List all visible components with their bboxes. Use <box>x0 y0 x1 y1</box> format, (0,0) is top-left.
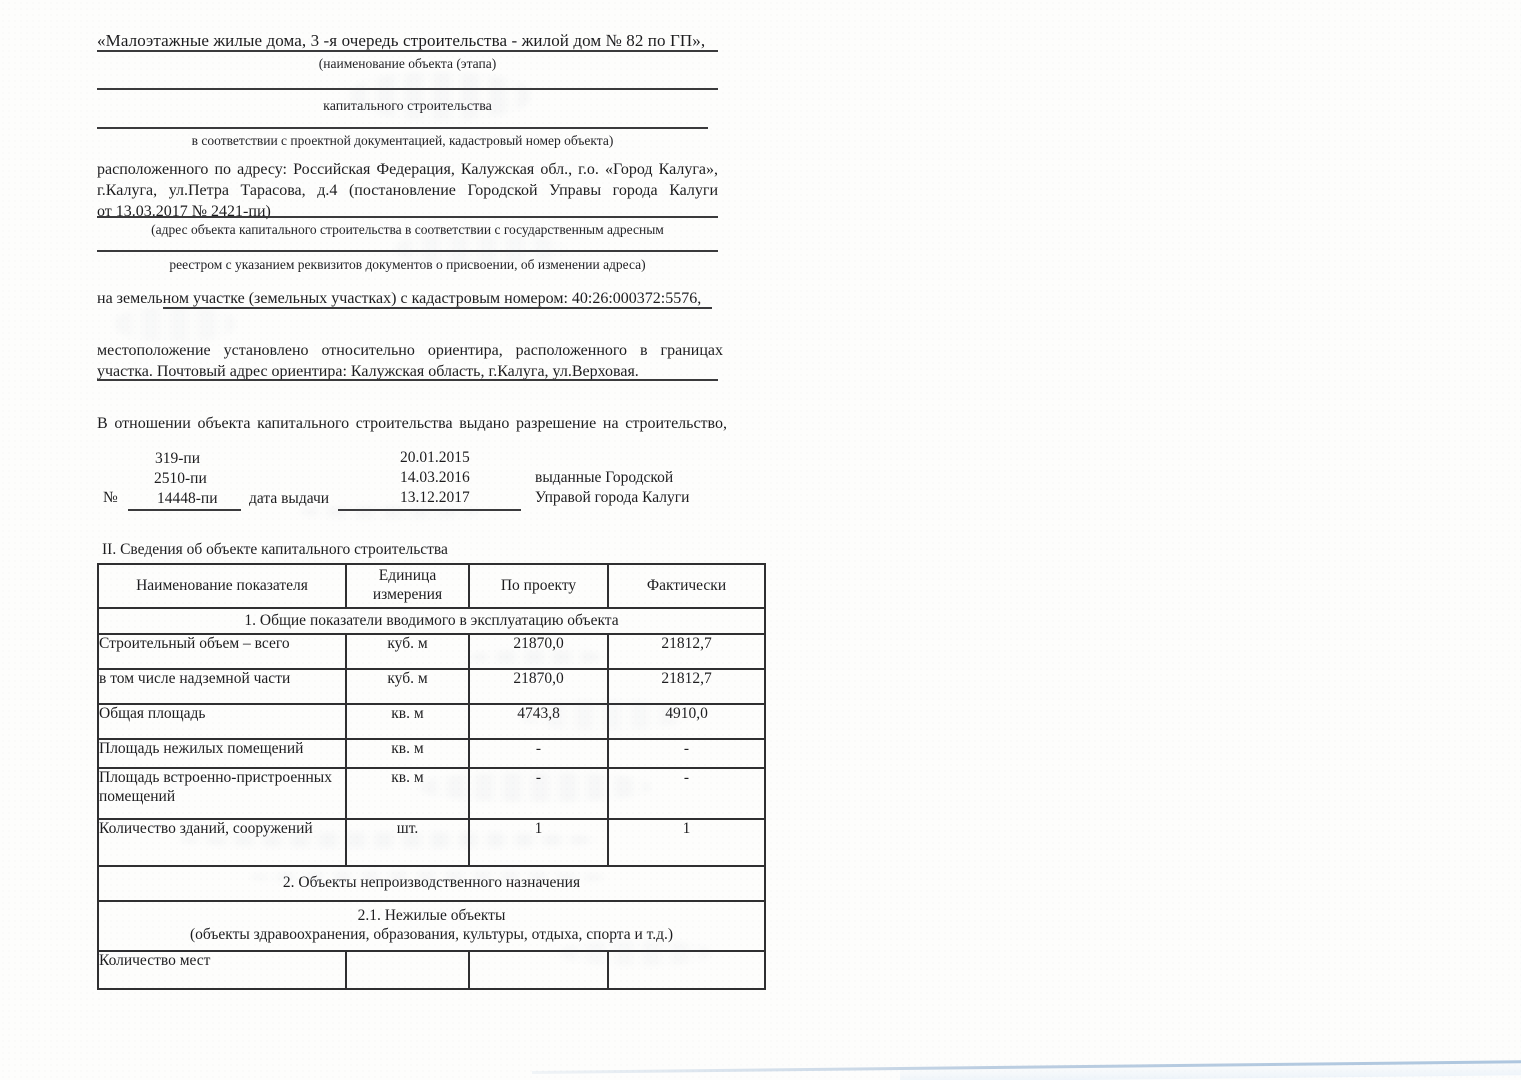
table-header-row: Наименование показателя Единица измерени… <box>98 564 765 608</box>
permit-date-label: дата выдачи <box>249 490 329 508</box>
row-unit: куб. м <box>346 669 469 704</box>
row-project-value: - <box>469 768 608 819</box>
table-row: Количество мест <box>98 951 765 989</box>
caption-capital-construction: капитального строительства <box>97 99 718 115</box>
row-project-value: 21870,0 <box>469 669 608 704</box>
row-name: Площадь нежилых помещений <box>98 739 346 768</box>
section-1-row: 1. Общие показатели вводимого в эксплуат… <box>98 608 765 634</box>
row-unit: шт. <box>346 819 469 866</box>
underline-address <box>97 216 718 218</box>
section-ii-title: II. Сведения об объекте капитального стр… <box>102 541 448 559</box>
table-row: Общая площадь кв. м 4743,8 4910,0 <box>98 704 765 739</box>
permit-number-3: 14448-пи <box>157 490 218 508</box>
header-unit: Единица измерения <box>346 564 469 608</box>
underline-location <box>97 379 718 381</box>
table-row: Площадь встроенно-пристроенных помещений… <box>98 768 765 819</box>
blank-line-rule-2 <box>97 127 708 129</box>
row-name: Количество мест <box>98 951 346 989</box>
table-row: Площадь нежилых помещений кв. м - - <box>98 739 765 768</box>
row-actual-value <box>608 951 765 989</box>
document-content-column: «Малоэтажные жилые дома, 3 -я очередь ст… <box>97 0 777 1080</box>
permit-intro-line: В отношении объекта капитального строите… <box>97 413 727 434</box>
address-line-3: от 13.03.2017 № 2421-пи) <box>97 201 718 222</box>
address-line-1: расположенного по адресу: Российская Фед… <box>97 159 718 180</box>
section-2-1-line-1: 2.1. Нежилые объекты <box>99 907 764 926</box>
underline-permit-date <box>338 509 521 511</box>
permit-number-2: 2510-пи <box>154 470 207 488</box>
caption-object-name: (наименование объекта (этапа) <box>97 56 718 72</box>
row-project-value: 21870,0 <box>469 634 608 669</box>
row-name: Площадь встроенно-пристроенных помещений <box>98 768 346 819</box>
row-actual-value: 21812,7 <box>608 634 765 669</box>
caption-address-registry-2: реестром с указанием реквизитов документ… <box>97 257 718 273</box>
underline-land-plot <box>163 307 712 309</box>
row-unit <box>346 951 469 989</box>
table-row: Количество зданий, сооружений шт. 1 1 <box>98 819 765 866</box>
row-actual-value: - <box>608 768 765 819</box>
row-project-value <box>469 951 608 989</box>
permit-no-sign: № <box>103 489 118 507</box>
row-actual-value: 21812,7 <box>608 669 765 704</box>
table-row: Строительный объем – всего куб. м 21870,… <box>98 634 765 669</box>
underline-permit-number <box>128 509 241 511</box>
section-2-1-line-2: (объекты здравоохранения, образования, к… <box>99 926 764 945</box>
header-actual: Фактически <box>608 564 765 608</box>
header-indicator-name: Наименование показателя <box>98 564 346 608</box>
location-line-1: местоположение установлено относительно … <box>97 340 723 361</box>
table-row: в том числе надземной части куб. м 21870… <box>98 669 765 704</box>
row-name: Количество зданий, сооружений <box>98 819 346 866</box>
section-2-row: 2. Объекты непроизводственного назначени… <box>98 866 765 901</box>
row-project-value: 1 <box>469 819 608 866</box>
row-project-value: 4743,8 <box>469 704 608 739</box>
row-unit: кв. м <box>346 739 469 768</box>
permit-date-2: 14.03.2016 <box>400 469 470 487</box>
permit-date-3: 13.12.2017 <box>400 489 470 507</box>
land-plot-line: на земельном участке (земельных участках… <box>97 288 757 309</box>
row-name: Общая площадь <box>98 704 346 739</box>
blank-line-rule-1 <box>97 88 718 90</box>
permit-issued-by-2: Управой города Калуги <box>535 489 689 507</box>
row-actual-value: - <box>608 739 765 768</box>
indicators-table: Наименование показателя Единица измерени… <box>97 563 766 990</box>
section-1-title: 1. Общие показатели вводимого в эксплуат… <box>98 608 765 634</box>
row-name: Строительный объем – всего <box>98 634 346 669</box>
indicators-table-wrapper: Наименование показателя Единица измерени… <box>97 563 766 990</box>
underline-object-name <box>97 50 718 52</box>
row-actual-value: 1 <box>608 819 765 866</box>
scanned-document-page: «Малоэтажные жилые дома, 3 -я очередь ст… <box>0 0 1521 1080</box>
caption-address-registry-1: (адрес объекта капитального строительств… <box>97 222 718 238</box>
caption-according-docs: в соответствии с проектной документацией… <box>97 133 708 149</box>
permit-date-1: 20.01.2015 <box>400 449 470 467</box>
address-line-2: г.Калуга, ул.Петра Тарасова, д.4 (постан… <box>97 180 718 201</box>
row-name: в том числе надземной части <box>98 669 346 704</box>
row-unit: кв. м <box>346 768 469 819</box>
permit-number-1: 319-пи <box>155 450 200 468</box>
permit-issued-by-1: выданные Городской <box>535 469 673 487</box>
row-unit: куб. м <box>346 634 469 669</box>
row-actual-value: 4910,0 <box>608 704 765 739</box>
blank-line-rule-3 <box>97 250 718 252</box>
section-2-title: 2. Объекты непроизводственного назначени… <box>98 866 765 901</box>
section-2-1-row: 2.1. Нежилые объекты (объекты здравоохра… <box>98 901 765 951</box>
row-project-value: - <box>469 739 608 768</box>
header-by-project: По проекту <box>469 564 608 608</box>
section-2-1-title: 2.1. Нежилые объекты (объекты здравоохра… <box>98 901 765 951</box>
row-unit: кв. м <box>346 704 469 739</box>
object-name-line: «Малоэтажные жилые дома, 3 -я очередь ст… <box>97 31 737 51</box>
